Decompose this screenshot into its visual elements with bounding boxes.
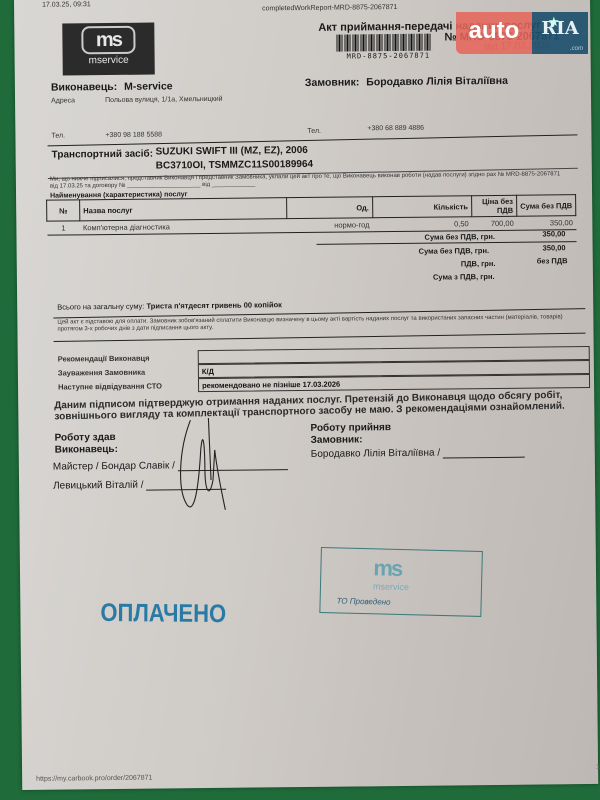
net-total-label: Сума без ПДВ, грн. bbox=[419, 246, 490, 256]
intro-text: Ми, що нижче підписалися, представник Ви… bbox=[50, 171, 570, 190]
row-no: 1 bbox=[47, 221, 80, 235]
payment-note: Цей акт є підставою для оплати. Замовник… bbox=[57, 314, 577, 333]
customer-label: Замовник: bbox=[305, 76, 360, 89]
row-price: 700,00 bbox=[472, 216, 517, 230]
recommendation-label: Зауваження Замовника bbox=[58, 367, 198, 377]
vat-value: без ПДВ bbox=[537, 256, 568, 265]
subtotal-label: Сума без ПДВ, грн. bbox=[424, 232, 495, 242]
vehicle-ids: BC3710OI, TSMMZC11S00189964 bbox=[156, 159, 313, 172]
paid-stamp: ОПЛАЧЕНО bbox=[100, 598, 226, 629]
vehicle-model: SUZUKI SWIFT III (MZ, EZ), 2006 bbox=[156, 145, 308, 158]
footer-url: https://my.carbook.pro/order/2067871 bbox=[36, 775, 152, 783]
handed-block: Роботу здав Виконавець: bbox=[55, 432, 118, 457]
address-label: Адреса bbox=[51, 97, 75, 104]
recommendation-label: Наступне відвідування СТО bbox=[58, 381, 198, 391]
star-icon: ★ bbox=[548, 14, 560, 30]
row-sum: 350,00 bbox=[517, 216, 576, 231]
net-total-value: 350,00 bbox=[543, 243, 566, 252]
recommendation-value: рекомендовано не пізніше 17.03.2026 bbox=[198, 374, 590, 392]
contractor-address: Польова вулиця, 1/1а, Хмельницкий bbox=[105, 96, 223, 104]
master-name: Майстер / Бондар Славік / bbox=[53, 460, 175, 472]
stamp-mark: ms bbox=[373, 555, 401, 582]
divider bbox=[317, 241, 577, 245]
total-words-value: Триста п'ятдесят гривень 00 копійок bbox=[146, 300, 282, 310]
mservice-logo: ms mservice bbox=[62, 23, 155, 76]
confirmation-text: Даним підписом підтверджую отримання над… bbox=[54, 389, 594, 422]
total-words-label: Всього на загальну суму: bbox=[57, 302, 144, 312]
handed-sub: Виконавець: bbox=[55, 444, 118, 457]
row-unit: нормо-год bbox=[287, 218, 372, 233]
handwritten-signature bbox=[168, 410, 239, 521]
customer-signer: Бородавко Лілія Віталіївна / bbox=[311, 448, 440, 460]
contractor-label: Виконавець: bbox=[51, 81, 117, 94]
customer-phone-label: Тел. bbox=[307, 128, 321, 135]
col-sum: Сума без ПДВ bbox=[516, 195, 575, 217]
row-name: Комп'ютерна діагностика bbox=[80, 219, 288, 235]
accepted-block: Роботу прийняв Замовник: bbox=[310, 422, 391, 447]
stamp-name: mservice bbox=[373, 581, 409, 592]
contractor-phone: +380 98 188 5588 bbox=[105, 131, 162, 139]
signature-field bbox=[443, 448, 525, 459]
gross-total-label: Сума з ПДВ, грн. bbox=[433, 272, 495, 282]
col-price: Ціна без ПДВ bbox=[471, 195, 516, 216]
accepted-sub: Замовник: bbox=[311, 434, 392, 447]
logo-name: mservice bbox=[63, 55, 155, 68]
divider bbox=[54, 333, 586, 342]
customer-name: Бородавко Лілія Віталіївна bbox=[366, 75, 508, 88]
contractor-name: M-service bbox=[124, 80, 173, 93]
vat-label: ПДВ, грн. bbox=[461, 259, 496, 268]
document-page: 17.03.25, 09:31 completedWorkReport-MRD-… bbox=[14, 0, 598, 790]
barcode-text: MRD-8875-2067871 bbox=[347, 52, 431, 61]
col-no: № bbox=[47, 200, 80, 221]
print-datetime: 17.03.25, 09:31 bbox=[42, 1, 91, 9]
customer-signature-line: Бородавко Лілія Віталіївна / bbox=[311, 447, 525, 460]
total-in-words: Всього на загальну суму: Триста п'ятдеся… bbox=[57, 300, 282, 311]
recommendation-label: Рекомендації Виконавця bbox=[58, 353, 198, 363]
row-qty: 0,50 bbox=[372, 217, 471, 232]
col-name: Назва послуг bbox=[80, 198, 288, 221]
barcode bbox=[336, 34, 432, 52]
customer-line: Замовник: Бородавко Лілія Віталіївна bbox=[305, 75, 508, 89]
autoria-watermark: auto RIA ★ .com bbox=[456, 12, 588, 54]
second-name: Левицький Віталій / bbox=[53, 480, 144, 492]
logo-mark: ms bbox=[81, 26, 135, 55]
handed-title: Роботу здав bbox=[55, 432, 118, 445]
document-reference: completedWorkReport-MRD-8875-2067871 bbox=[262, 4, 397, 12]
service-stamp: ms mservice ТО Проведено bbox=[319, 547, 483, 617]
customer-phone: +380 68 889 4886 bbox=[367, 125, 424, 133]
subtotal-value: 350,00 bbox=[542, 229, 565, 238]
watermark-auto: auto bbox=[456, 12, 532, 54]
watermark-suffix: .com bbox=[570, 46, 583, 52]
stamp-text: ТО Проведено bbox=[337, 596, 391, 606]
contractor-phone-label: Тел. bbox=[51, 132, 65, 139]
contractor-line: Виконавець: M-service bbox=[51, 80, 173, 93]
vehicle-label: Транспортний засіб: bbox=[52, 149, 154, 161]
col-qty: Кількість bbox=[372, 196, 471, 218]
page-number: 1/1 bbox=[596, 764, 600, 771]
services-table: № Назва послуг Од. Кількість Ціна без ПД… bbox=[46, 194, 576, 236]
recommendations-block: Рекомендації Виконавця Зауваження Замовн… bbox=[58, 346, 590, 394]
col-unit: Од. bbox=[287, 197, 372, 219]
accepted-title: Роботу прийняв bbox=[310, 422, 391, 435]
